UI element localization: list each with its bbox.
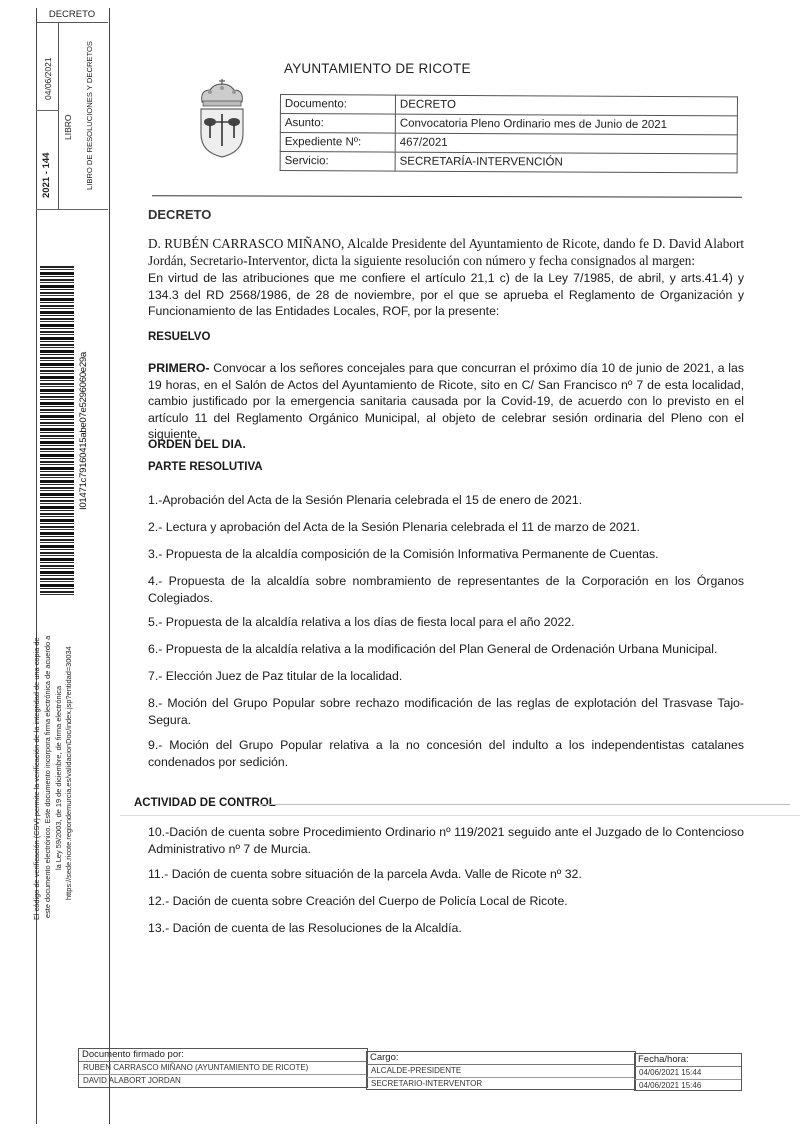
agenda-item: 9.- Moción del Grupo Popular relativa a …: [148, 737, 744, 770]
organization-name: AYUNTAMIENTO DE RICOTE: [284, 61, 471, 76]
strip-divider: [58, 22, 59, 209]
info-label: Expediente Nº:: [280, 133, 395, 153]
info-value: 467/2021: [395, 133, 737, 154]
info-row-documento: Documento: DECRETO: [280, 95, 737, 116]
signed-by-label: Documento firmado por:: [79, 1049, 367, 1062]
signer-position: SECRETARIO-INTERVENTOR: [367, 1078, 635, 1090]
strip-book-name: LIBRO DE RESOLUCIONES Y DECRETOS: [85, 41, 94, 190]
info-row-servicio: Servicio: SECRETARÍA-INTERVENCIÓN: [280, 152, 737, 173]
strip-doc-type: DECRETO: [36, 8, 108, 23]
control-item: 11.- Dación de cuenta sobre situación de…: [148, 866, 744, 883]
csv-legal-line: la Ley 59/2003, de 19 de diciembre, de f…: [54, 686, 63, 870]
info-row-asunto: Asunto: Convocatoria Pleno Ordinario mes…: [280, 114, 737, 135]
agenda-item: 5.- Propuesta de la alcaldía relativa a …: [148, 614, 744, 631]
control-item: 13.- Dación de cuenta de las Resolucione…: [148, 920, 744, 937]
section-divider: [260, 804, 790, 805]
signer-position: ALCALDE-PRESIDENTE: [367, 1065, 635, 1078]
signature-datetime: 04/06/2021 15:46: [635, 1080, 741, 1092]
datetime-label: Fecha/hora:: [635, 1054, 741, 1067]
primero-label: PRIMERO-: [148, 361, 210, 375]
csv-validation-url[interactable]: https://sede.ricote.regiondemurcia.es/va…: [64, 646, 73, 900]
signer-name: DAVID ALABORT JORDAN: [79, 1075, 367, 1087]
info-value: Convocatoria Pleno Ordinario mes de Juni…: [395, 114, 737, 135]
csv-legal-line: este documento electrónico. Este documen…: [43, 636, 52, 918]
control-item: 10.-Dación de cuenta sobre Procedimiento…: [148, 824, 744, 857]
header-divider: [152, 195, 742, 198]
position-label: Cargo:: [367, 1052, 635, 1065]
agenda-item: 4.- Propuesta de la alcaldía sobre nombr…: [148, 573, 744, 606]
signer-name: RUBEN CARRASCO MIÑANO (AYUNTAMIENTO DE R…: [79, 1062, 367, 1075]
attributions-paragraph: En virtud de las atribuciones que me con…: [148, 270, 744, 320]
document-info-table: Documento: DECRETO Asunto: Convocatoria …: [280, 94, 738, 173]
section-divider: [120, 815, 800, 816]
info-value: SECRETARÍA-INTERVENCIÓN: [395, 152, 737, 173]
actividad-de-control-heading: ACTIVIDAD DE CONTROL: [134, 797, 730, 809]
agenda-item: 8.- Moción del Grupo Popular sobre recha…: [148, 695, 744, 728]
primero-paragraph: PRIMERO- Convocar a los señores concejal…: [148, 360, 744, 443]
strip-divider: [36, 110, 59, 111]
parte-resolutiva-heading: PARTE RESOLUTIVA: [148, 461, 744, 473]
csv-legal-line: El código de verificación (CSV) permite …: [32, 637, 41, 920]
datetimes-column: Fecha/hora: 04/06/2021 15:44 04/06/2021 …: [634, 1053, 742, 1091]
resuelvo-heading: RESUELVO: [148, 331, 744, 343]
info-label: Asunto:: [280, 114, 395, 134]
info-label: Documento:: [280, 95, 395, 115]
info-value: DECRETO: [395, 95, 737, 116]
primero-text: Convocar a los señores concejales para q…: [148, 361, 744, 441]
strip-book-label: LIBRO: [63, 114, 73, 140]
barcode-icon: [40, 266, 74, 596]
strip-date: 04/06/2021: [43, 57, 53, 100]
agenda-item: 6.- Propuesta de la alcaldía relativa a …: [148, 641, 744, 658]
info-label: Servicio:: [280, 152, 395, 172]
control-item: 12.- Dación de cuenta sobre Creación del…: [148, 893, 744, 910]
agenda-item: 2.- Lectura y aprobación del Acta de la …: [148, 519, 744, 536]
strip-register-number: 2021 - 144: [41, 153, 52, 198]
intro-paragraph: D. RUBÉN CARRASCO MIÑANO, Alcalde Presid…: [148, 235, 744, 269]
strip-divider: [36, 209, 108, 210]
orden-del-dia-heading: ORDEN DEL DIA.: [148, 437, 744, 451]
info-row-expediente: Expediente Nº: 467/2021: [280, 133, 737, 154]
agenda-item: 3.- Propuesta de la alcaldía composición…: [148, 546, 744, 563]
agenda-item: 7.- Elección Juez de Paz titular de la l…: [148, 668, 744, 685]
agenda-item: 1.-Aprobación del Acta de la Sesión Plen…: [148, 492, 744, 509]
section-title: DECRETO: [148, 207, 744, 222]
coat-of-arms-icon: [196, 78, 248, 158]
csv-code: I01471c79160415abe07e5296060e29a: [78, 352, 89, 510]
signers-column: Documento firmado por: RUBEN CARRASCO MI…: [78, 1048, 368, 1088]
signature-datetime: 04/06/2021 15:44: [635, 1067, 741, 1080]
positions-column: Cargo: ALCALDE-PRESIDENTE SECRETARIO-INT…: [366, 1051, 636, 1090]
